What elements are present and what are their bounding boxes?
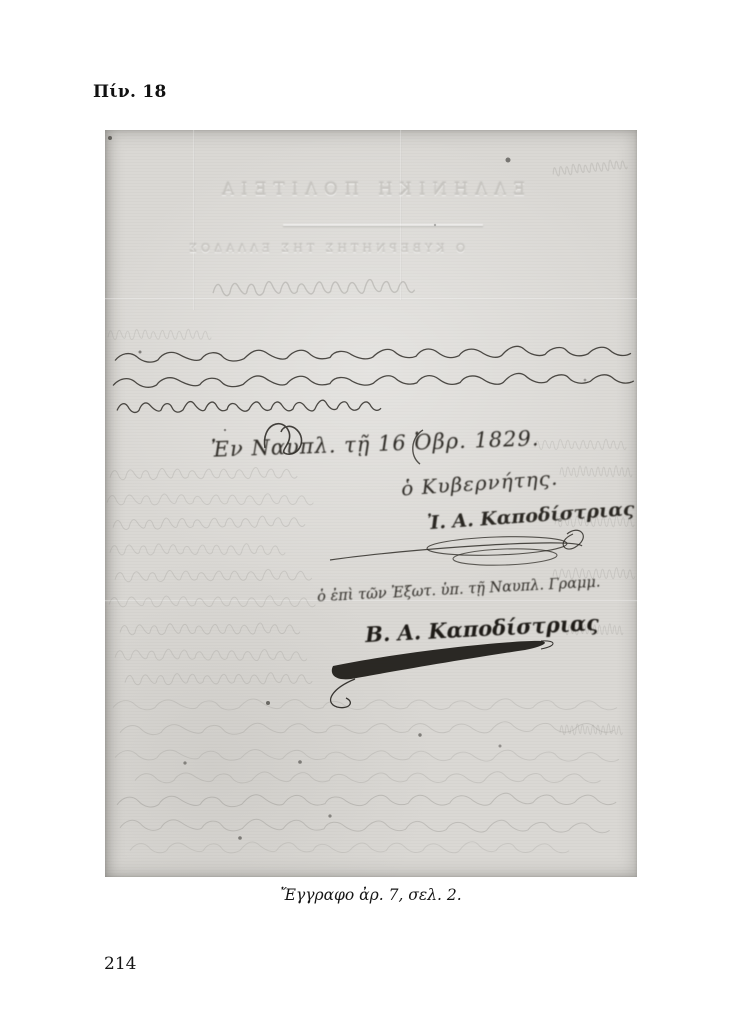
book-page: Πίν. 18 ΕΛΛΗΝΙΚΗ ΠΟΛΙΤΕΙΑ Ο ΚΥΒΕΡΝΗΤΗΣ Τ…: [0, 0, 743, 1027]
pencil-annotation: [552, 158, 627, 176]
manuscript-photo: ΕΛΛΗΝΙΚΗ ΠΟΛΙΤΕΙΑ Ο ΚΥΒΕΡΝΗΤΗΣ ΤΗΣ ΕΛΛΑΔ…: [105, 130, 637, 877]
page-number: 214: [104, 954, 136, 974]
bleedthrough-cursive-top: [213, 279, 415, 296]
photo-caption: Ἔγγραφο ἀρ. 7, σελ. 2.: [105, 886, 637, 904]
signature-flourishes: [330, 530, 583, 567]
plate-label: Πίν. 18: [93, 82, 167, 102]
body-text-squiggles: [113, 345, 634, 413]
countersignature-swoosh: [331, 641, 553, 708]
